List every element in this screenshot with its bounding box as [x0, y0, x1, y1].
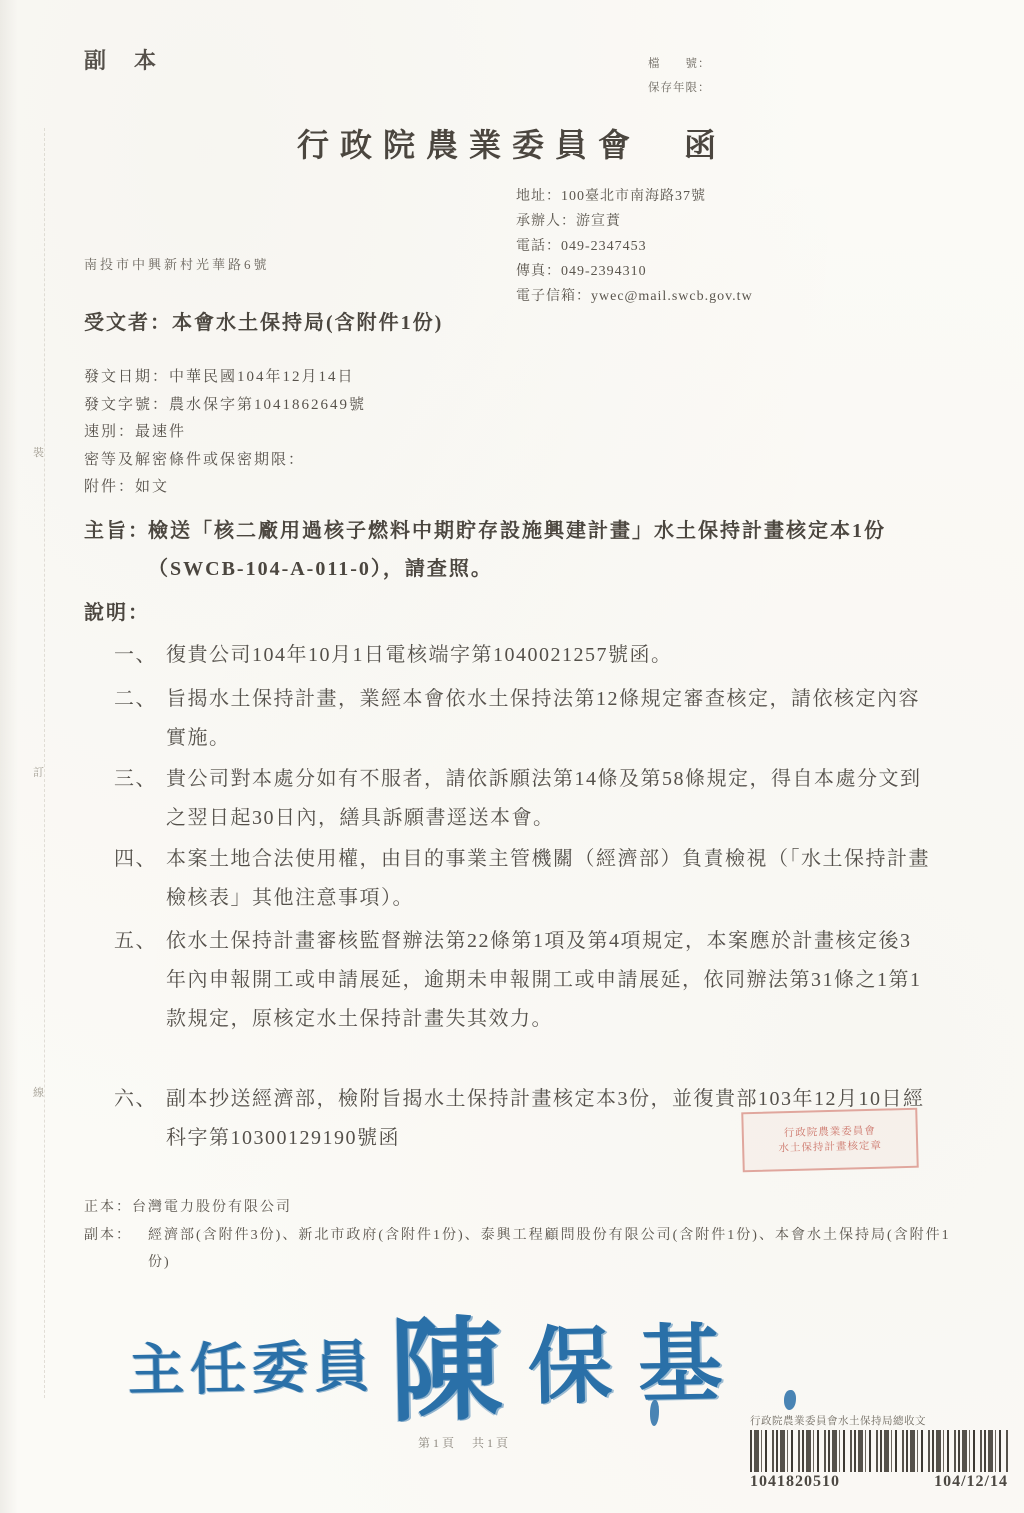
- scanned-official-letter: 裝 訂 線 副本 檔 號： 保存年限： 行政院農業委員會 函 地址：100臺北市…: [0, 0, 1024, 1513]
- item-text: 復貴公司104年10月1日電核端字第1040021257號函。: [166, 644, 673, 666]
- binding-mark-ding: 訂: [33, 764, 44, 780]
- receipt-barcode-block: 行政院農業委員會水土保持局總收文 1041820510 104/12/14: [750, 1413, 1012, 1491]
- binding-mark-xian: 線: [33, 1084, 44, 1100]
- receipt-title: 行政院農業委員會水土保持局總收文: [750, 1413, 1012, 1428]
- signature-given-name: 保基: [527, 1296, 749, 1421]
- subject-line: 主旨： 檢送「核二廠用過核子燃料中期貯存設施興建計畫」水土保持計畫核定本1份（S…: [84, 512, 932, 588]
- item-text: 旨揭水土保持計畫，業經本會依水土保持法第12條規定審查核定，請依核定內容實施。: [166, 688, 920, 749]
- retention-label: 保存年限：: [648, 76, 711, 100]
- list-item-5: 五、 依水土保持計畫審核監督辦法第22條第1項及第4項規定，本案應於計畫核定後3…: [114, 922, 932, 1039]
- document-title: 行政院農業委員會 函: [0, 120, 1024, 166]
- sender-email: 電子信箱：ywec@mail.swcb.gov.tw: [516, 284, 753, 309]
- item-number: 一、: [114, 636, 157, 675]
- barcode: [750, 1430, 1008, 1472]
- original-copy-line: 正本：台灣電力股份有限公司: [84, 1196, 292, 1216]
- copy-label: 副本: [84, 44, 184, 75]
- sender-phone: 電話：049-2347453: [516, 234, 753, 259]
- item-number: 三、: [114, 760, 157, 799]
- recipient-line: 受文者：本會水土保持局(含附件1份): [84, 306, 443, 335]
- list-item-2: 二、 旨揭水土保持計畫，業經本會依水土保持法第12條規定審查核定，請依核定內容實…: [114, 680, 932, 758]
- file-number-label: 檔 號：: [648, 52, 711, 76]
- binding-dashed-line: [44, 128, 45, 1398]
- list-item-3: 三、 貴公司對本處分如有不服者，請依訴願法第14條及第58條規定，得自本處分文到…: [114, 760, 932, 838]
- sender-contact-person: 承辦人：游宣蕡: [516, 209, 753, 234]
- sender-info-block: 地址：100臺北市南海路37號 承辦人：游宣蕡 電話：049-2347453 傳…: [516, 184, 753, 309]
- recipient-mailing-address: 南投市中興新村光華路6號: [84, 254, 270, 273]
- page-number-footer: 第1頁 共1頁: [418, 1434, 511, 1451]
- cc-label: 副本：: [84, 1222, 132, 1249]
- subject-text: 檢送「核二廠用過核子燃料中期貯存設施興建計畫」水土保持計畫核定本1份（SWCB-…: [148, 520, 886, 580]
- cc-copy-line: 副本： 經濟部(含附件3份)、新北市政府(含附件1份)、泰興工程顧問股份有限公司…: [84, 1222, 964, 1276]
- signature-surname: 陳: [389, 1280, 504, 1443]
- receipt-number: 1041820510: [750, 1473, 840, 1491]
- dispatch-meta-block: 發文日期：中華民國104年12月14日 發文字號：農水保字第1041862649…: [84, 364, 366, 502]
- subject-label: 主旨：: [84, 512, 150, 550]
- item-number: 四、: [114, 840, 157, 879]
- dispatch-number: 發文字號：農水保字第1041862649號: [84, 392, 366, 420]
- red-stamp-line2: 水土保持計畫核定章: [744, 1138, 916, 1157]
- list-item-1: 一、 復貴公司104年10月1日電核端字第1040021257號函。: [114, 636, 932, 675]
- dispatch-speed: 速別：最速件: [84, 419, 366, 447]
- list-item-4: 四、 本案土地合法使用權，由目的事業主管機關（經濟部）負責檢視（「水土保持計畫檢…: [114, 840, 932, 918]
- item-text: 依水土保持計畫審核監督辦法第22條第1項及第4項規定，本案應於計畫核定後3年內申…: [166, 930, 922, 1030]
- description-label: 說明：: [84, 596, 150, 625]
- dispatch-security: 密等及解密條件或保密期限：: [84, 447, 366, 475]
- sender-fax: 傳真：049-2394310: [516, 259, 753, 284]
- sender-address: 地址：100臺北市南海路37號: [516, 184, 753, 209]
- item-number: 二、: [114, 680, 157, 719]
- item-number: 五、: [114, 922, 157, 961]
- binding-mark-zhuang: 裝: [33, 444, 44, 460]
- signature-title: 主任委員: [127, 1323, 376, 1407]
- dispatch-attachment: 附件：如文: [84, 474, 366, 502]
- red-agency-stamp: 行政院農業委員會 水土保持計畫核定章: [741, 1108, 919, 1173]
- item-text: 本案土地合法使用權，由目的事業主管機關（經濟部）負責檢視（「水土保持計畫檢核表」…: [166, 848, 930, 909]
- cc-text: 經濟部(含附件3份)、新北市政府(含附件1份)、泰興工程顧問股份有限公司(含附件…: [148, 1228, 951, 1270]
- item-number: 六、: [114, 1080, 157, 1119]
- dispatch-date: 發文日期：中華民國104年12月14日: [84, 364, 366, 392]
- item-text: 貴公司對本處分如有不服者，請依訴願法第14條及第58條規定，得自本處分文到之翌日…: [166, 768, 922, 829]
- minister-signature: 主任委員 陳 保基: [127, 1280, 810, 1442]
- file-number-block: 檔 號： 保存年限：: [648, 52, 711, 100]
- receipt-date: 104/12/14: [934, 1473, 1008, 1491]
